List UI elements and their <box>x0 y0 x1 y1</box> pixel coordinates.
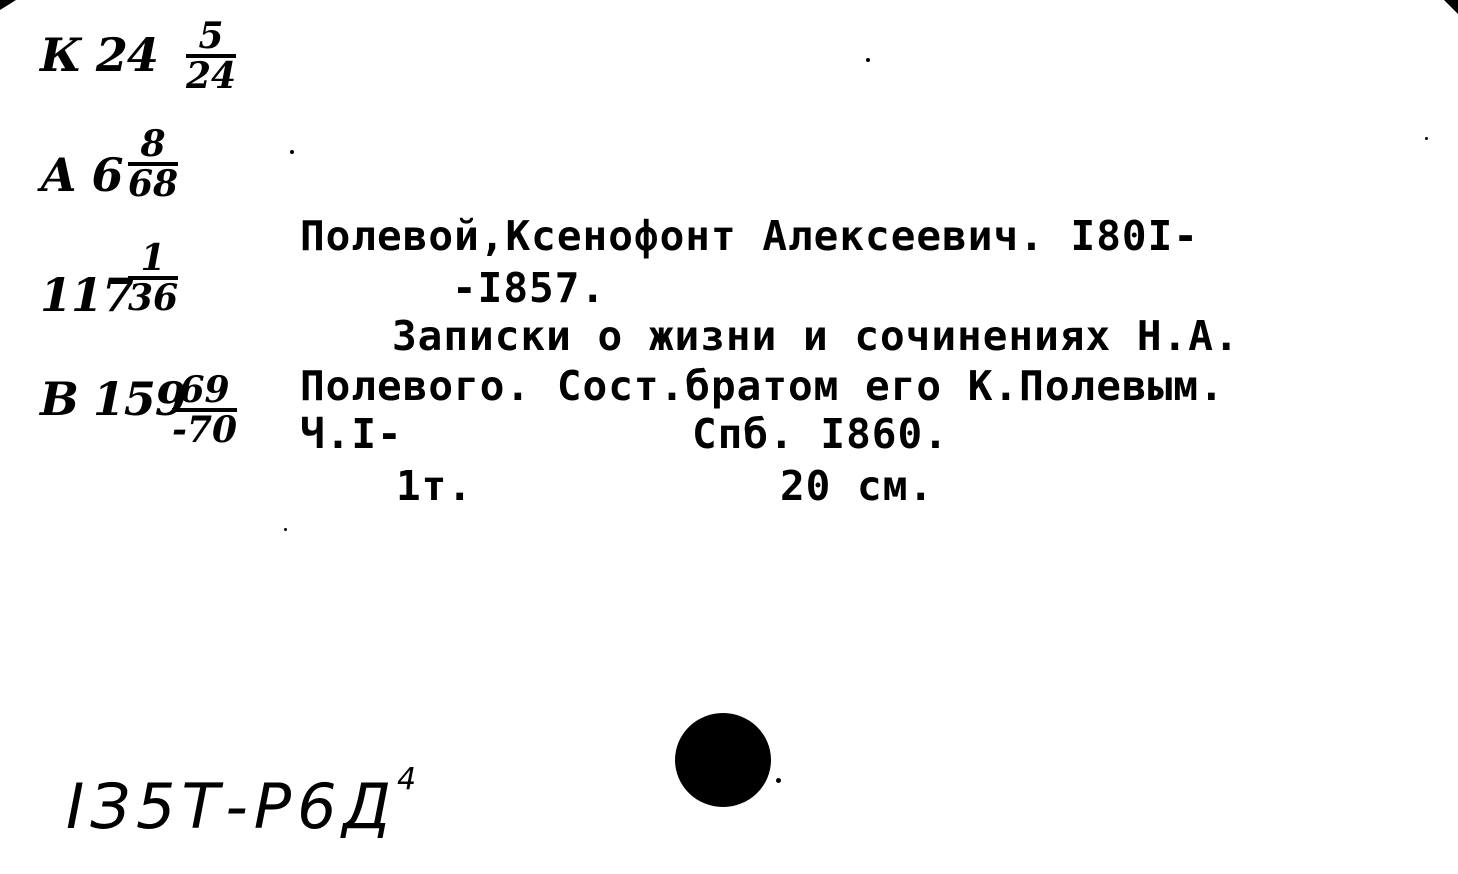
entry-volumes: 1т. <box>396 462 473 510</box>
fraction-denominator: 68 <box>128 166 178 202</box>
bottom-code-text: ІЗ5Т-Р6Д <box>66 770 397 843</box>
entry-author-line: Полевой,Ксенофонт Алексеевич. I80I- <box>300 212 1199 260</box>
shelf-mark-1: К 24 <box>40 28 158 82</box>
shelf-mark-3: 117 <box>40 268 133 322</box>
catalog-card: К 24 5 24 А 6 8 68 117 1 36 В 159 69 -70… <box>0 0 1458 874</box>
fraction-numerator: 69 <box>172 372 237 412</box>
entry-part: Ч.I- <box>300 410 403 458</box>
fraction-numerator: 8 <box>128 126 178 166</box>
shelf-mark-main: 117 <box>40 268 133 322</box>
fraction-denominator: 36 <box>128 280 178 316</box>
scan-speck <box>866 58 870 62</box>
shelf-mark-4: В 159 <box>40 372 186 426</box>
entry-size: 20 см. <box>780 462 934 510</box>
entry-title-line: Записки о жизни и сочинениях Н.А. <box>392 312 1240 360</box>
fraction-numerator: 1 <box>128 240 178 280</box>
fraction-denominator: 24 <box>186 58 236 94</box>
shelf-mark-1-fraction: 5 24 <box>186 18 236 94</box>
fraction-numerator: 5 <box>186 18 236 58</box>
card-corner-mark <box>1444 0 1458 14</box>
scan-speck <box>290 150 294 154</box>
card-corner-mark <box>0 0 16 10</box>
scan-speck <box>284 528 287 531</box>
fraction-denominator: -70 <box>172 412 237 448</box>
entry-author-dates: -I857. <box>452 264 606 312</box>
card-punch-hole <box>675 713 771 807</box>
entry-title-continuation: Полевого. Сост.братом его К.Полевым. <box>300 362 1225 410</box>
shelf-mark-main: А 6 <box>40 148 123 202</box>
shelf-mark-main: К 24 <box>40 28 158 82</box>
shelf-mark-2-fraction: 8 68 <box>128 126 178 202</box>
entry-imprint: Спб. I860. <box>692 410 949 458</box>
shelf-mark-2: А 6 <box>40 148 123 202</box>
bottom-code-superscript: 4 <box>397 762 422 797</box>
shelf-mark-3-fraction: 1 36 <box>128 240 178 316</box>
scan-speck <box>1425 137 1428 140</box>
bottom-handwritten-code: ІЗ5Т-Р6Д4 <box>66 770 422 843</box>
shelf-mark-4-fraction: 69 -70 <box>172 372 237 448</box>
shelf-mark-main: В 159 <box>40 372 186 426</box>
scan-speck <box>776 778 781 783</box>
